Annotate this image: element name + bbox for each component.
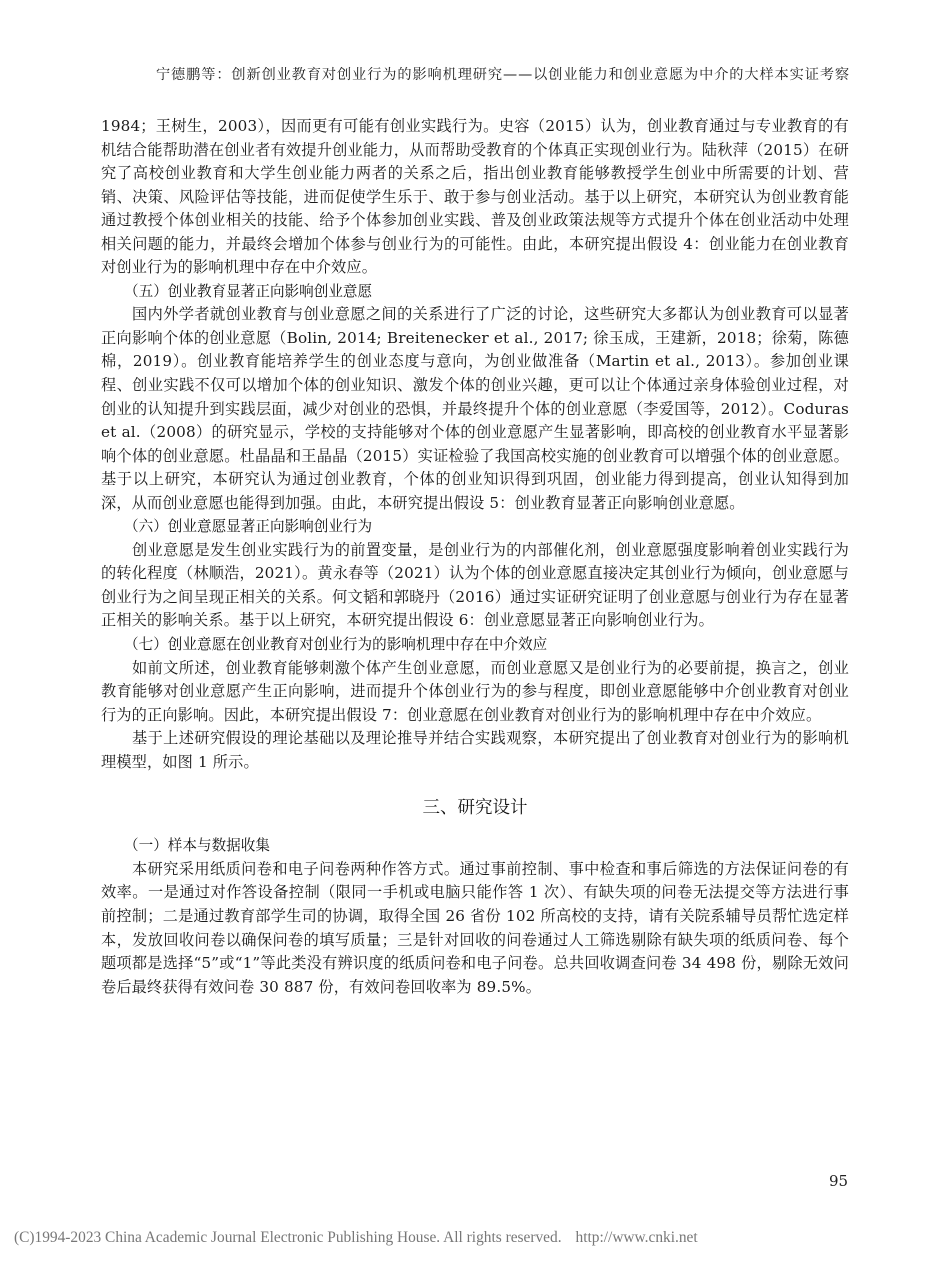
footer-url[interactable]: http://www.cnki.net: [576, 1229, 698, 1246]
page-number: 95: [829, 1172, 848, 1190]
paragraph-5: 国内外学者就创业教育与创业意愿之间的关系进行了广泛的讨论，这些研究大多都认为创业…: [101, 303, 849, 515]
paragraph-7: 如前文所述，创业教育能够刺激个体产生创业意愿，而创业意愿又是创业行为的必要前提，…: [101, 657, 849, 728]
subheading-5: （五）创业教育显著正向影响创业意愿: [101, 280, 849, 304]
copyright-footer: (C)1994-2023 China Academic Journal Elec…: [14, 1229, 698, 1247]
subheading-3-1: （一）样本与数据收集: [101, 834, 849, 858]
article-body: 1984；王树生，2003），因而更有可能有创业实践行为。史容（2015）认为，…: [101, 115, 849, 999]
subheading-7: （七）创业意愿在创业教育对创业行为的影响机理中存在中介效应: [101, 633, 849, 657]
section-heading-3: 三、研究设计: [101, 774, 849, 834]
subheading-6: （六）创业意愿显著正向影响创业行为: [101, 515, 849, 539]
paragraph-model: 基于上述研究假设的理论基础以及理论推导并结合实践观察，本研究提出了创业教育对创业…: [101, 727, 849, 774]
paragraph-6: 创业意愿是发生创业实践行为的前置变量，是创业行为的内部催化剂，创业意愿强度影响着…: [101, 539, 849, 633]
running-header: 宁德鹏等：创新创业教育对创业行为的影响机理研究——以创业能力和创业意愿为中介的大…: [100, 64, 850, 84]
copyright-text: (C)1994-2023 China Academic Journal Elec…: [14, 1229, 562, 1246]
paragraph-3-1: 本研究采用纸质问卷和电子问卷两种作答方式。通过事前控制、事中检查和事后筛选的方法…: [101, 858, 849, 999]
paragraph-continued: 1984；王树生，2003），因而更有可能有创业实践行为。史容（2015）认为，…: [101, 115, 849, 280]
